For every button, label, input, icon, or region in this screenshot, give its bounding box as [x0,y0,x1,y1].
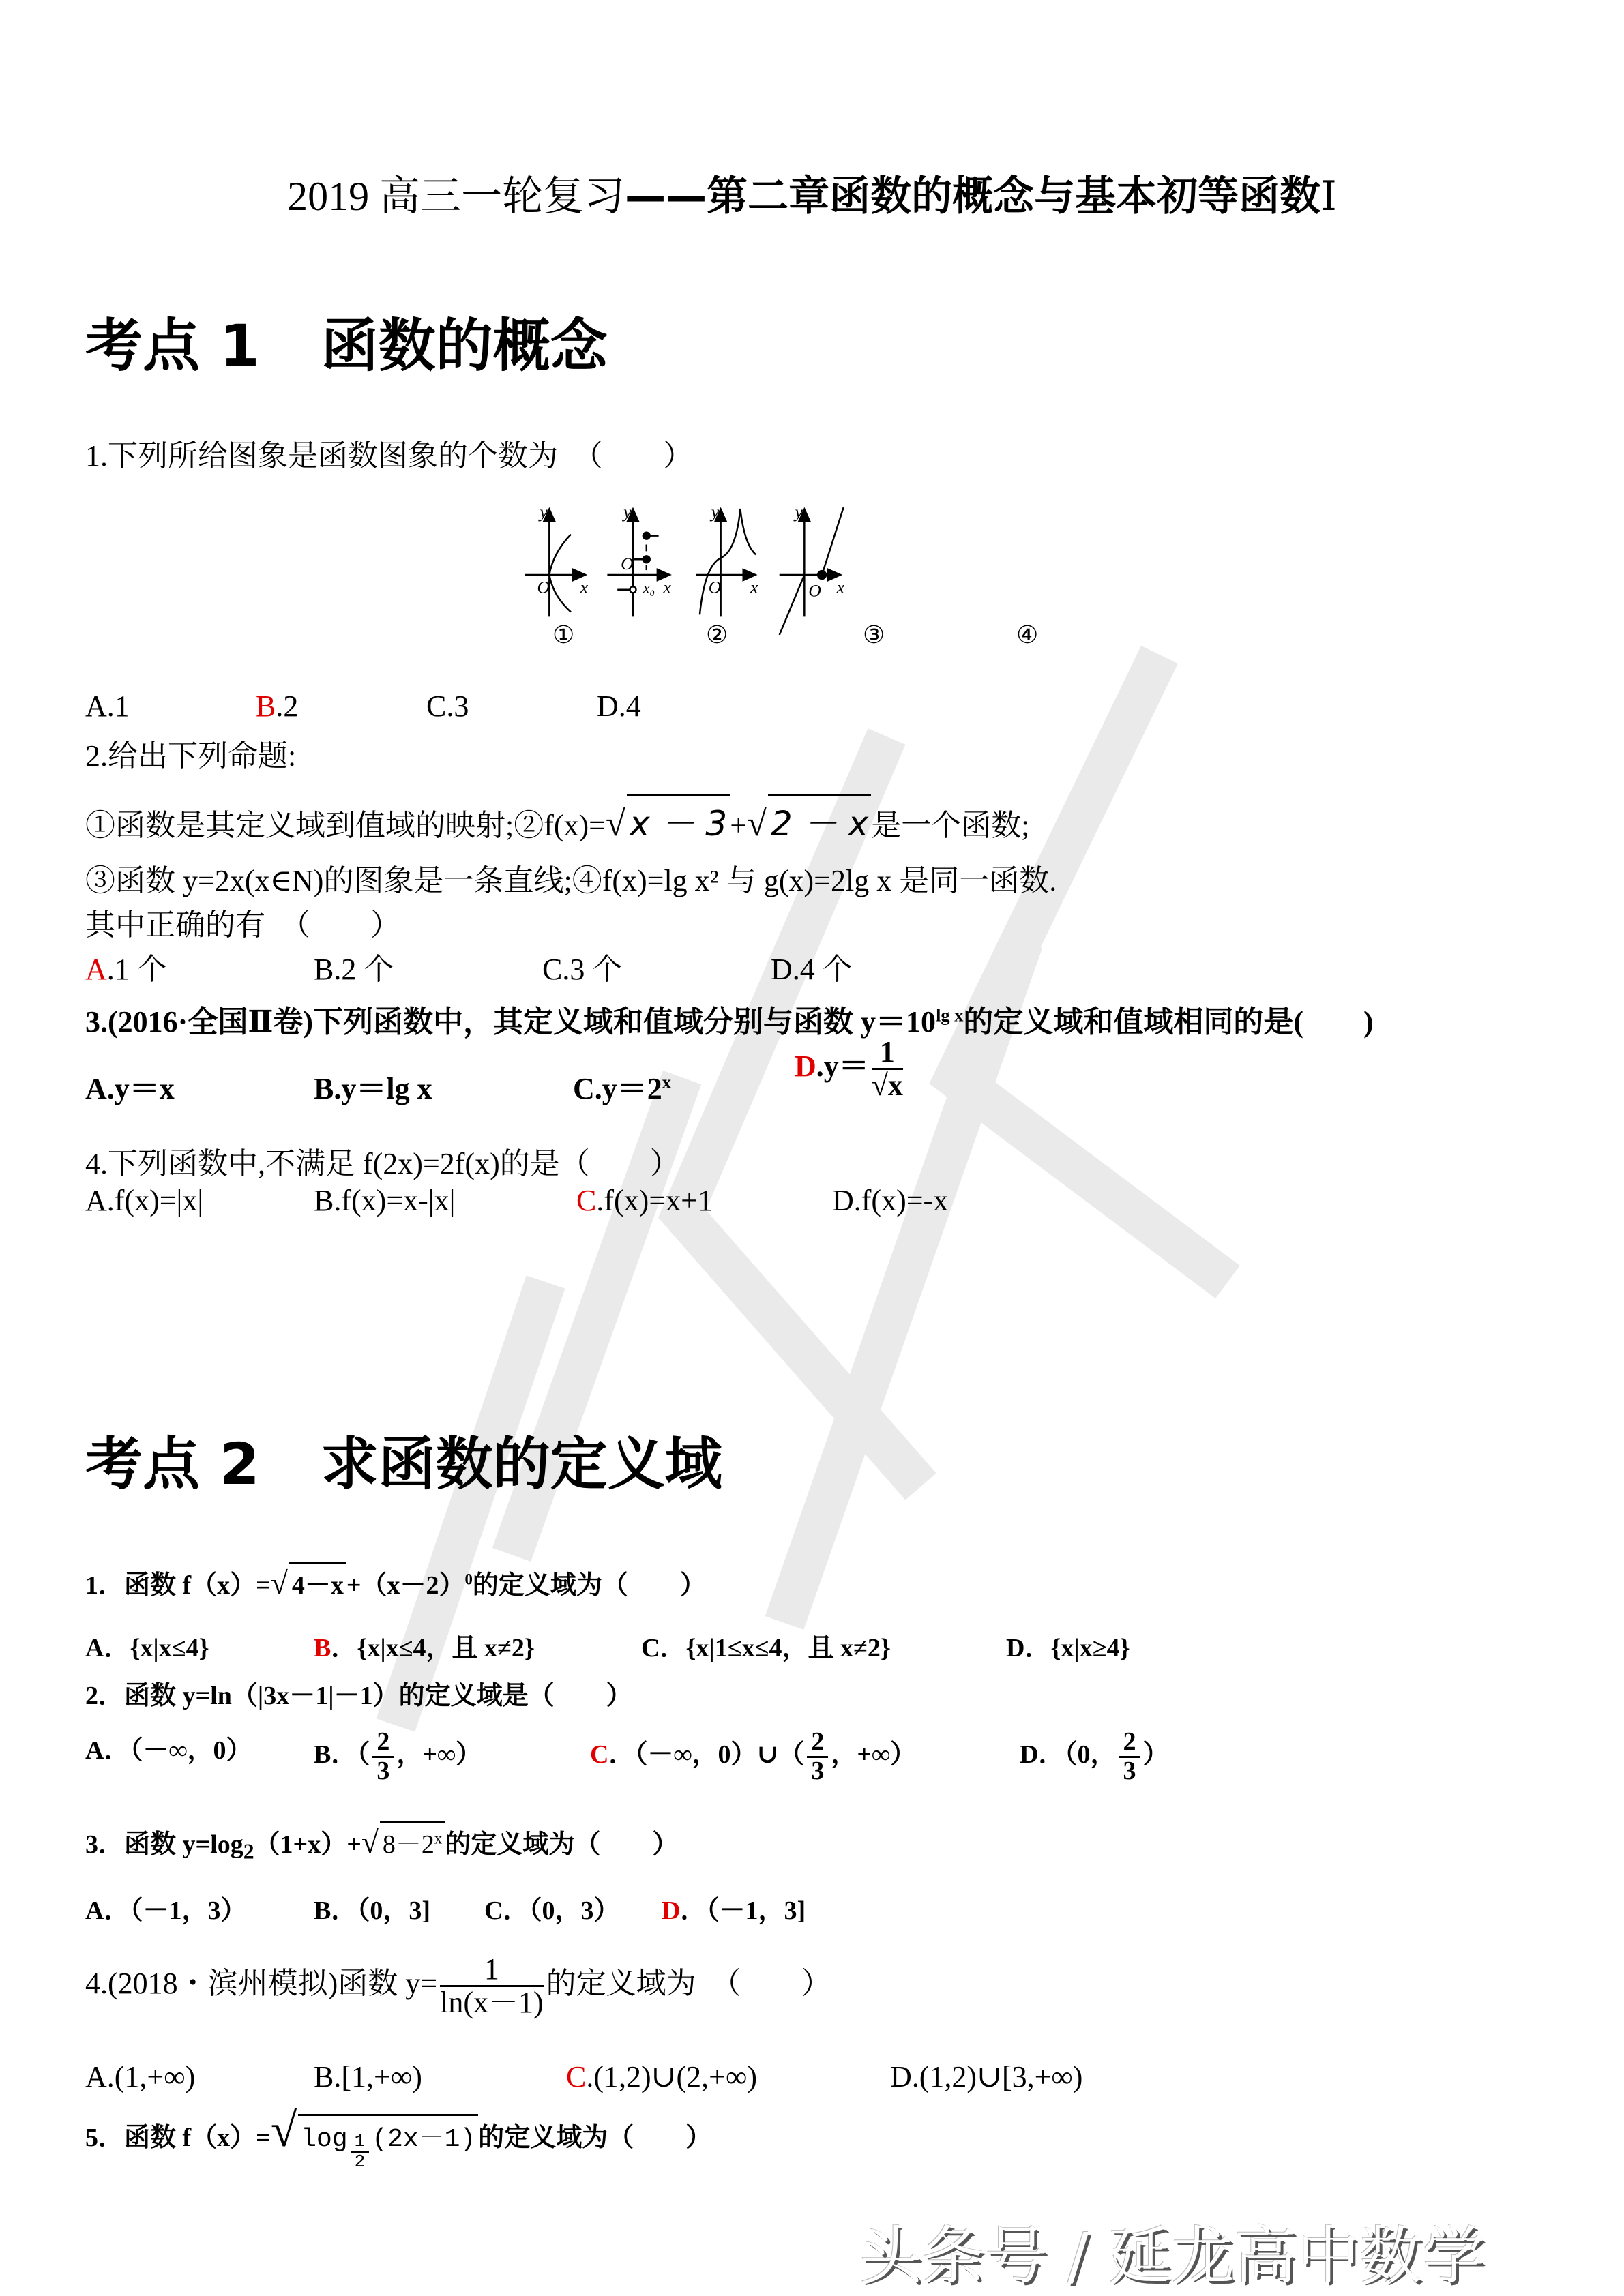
fraction: 12 [351,2132,370,2172]
option-a[interactable]: A.1 个 [85,944,167,988]
section-1-title: 函数的概念 [321,312,608,379]
section-2-heading: 考点 2求函数的定义域 [85,1418,722,1501]
sqrt-icon: √ [271,2104,297,2157]
svg-text:x: x [750,578,758,597]
option-b[interactable]: B．（23，+∞） [314,1729,482,1785]
svg-text:y: y [537,502,548,522]
fraction: 1√x [872,1037,903,1101]
option-a[interactable]: A．（－1，3） [85,1889,246,1926]
option-d[interactable]: D.y＝1√x [795,1037,906,1101]
option-d[interactable]: D.(1,2)∪[3,+∞) [890,2059,1082,2094]
section-2-number: 考点 2 [85,1431,260,1497]
graph-label-4: ④ [1016,621,1038,649]
option-c[interactable]: C.3 [426,689,469,724]
option-a[interactable]: A.1 [85,689,130,724]
svg-text:O: O [621,554,634,573]
option-a[interactable]: A．{x|x≤4} [85,1626,209,1664]
option-b[interactable]: B．{x|x≤4，且 x≠2} [314,1626,535,1664]
answer-marker: A [85,953,107,986]
answer-marker: B [256,689,276,723]
option-b[interactable]: B.f(x)=x-|x| [314,1183,455,1218]
option-a[interactable]: A．（－∞，0） [85,1729,252,1766]
s2-q4-stem: 4.(2018・滨州模拟)函数 y=1ln(x－1)的定义域为 （ ） [85,1954,831,2018]
option-b[interactable]: B.2 [256,689,298,724]
graph-4: O x y [780,502,845,635]
option-b[interactable]: B.y＝lg x [314,1064,432,1107]
option-c[interactable]: C.f(x)=x+1 [576,1183,713,1218]
title-main: ——第二章函数的概念与基本初等函数 [625,173,1320,220]
option-d[interactable]: D．（0，23） [1020,1729,1168,1785]
graph-1: O x y [525,502,589,616]
s1-q2-proposition-line-2: ③函数 y=2x(x∈N)的图象是一条直线;④f(x)=lg x² 与 g(x)… [85,856,1057,899]
s1-q2-stem: 2.给出下列命题: [85,731,296,775]
fraction: 1ln(x－1) [440,1954,544,2018]
sqrt-icon: √ [361,1825,379,1860]
answer-marker: D [662,1896,680,1925]
answer-marker: D [795,1049,816,1083]
option-c[interactable]: C.(1,2)∪(2,+∞) [566,2059,757,2094]
option-c[interactable]: C.3 个 [542,944,622,988]
svg-text:x: x [580,578,589,597]
option-d[interactable]: D.4 个 [771,944,853,988]
s2-q3-stem: 3．函数 y=log2（1+x）+√8－2x的定义域为（ ） [85,1821,678,1864]
svg-text:x: x [836,578,845,597]
watermark-text: 头条号 / 延龙高中数学 [859,2206,1486,2296]
option-c[interactable]: C．（－∞，0）∪（23，+∞） [590,1729,916,1785]
s1-q2-proposition-line-1: ①函数是其定义域到值域的映射;②f(x)=√x － 3+√2 － x是一个函数; [85,794,1029,846]
section-1-number: 考点 1 [85,312,260,379]
option-a[interactable]: A.y＝x [85,1064,175,1107]
svg-text:y: y [621,502,632,522]
option-d[interactable]: D.f(x)=-x [832,1183,948,1218]
graph-3: O x y [696,502,758,616]
s1-q2-prompt: 其中正确的有 （ ） [85,900,400,944]
option-d[interactable]: D.4 [597,689,641,724]
answer-marker: C [566,2060,586,2093]
svg-text:y: y [793,502,803,522]
svg-text:x₀: x₀ [643,580,655,597]
option-a[interactable]: A.(1,+∞) [85,2059,195,2094]
answer-marker: C [590,1740,608,1769]
s1-q4-stem: 4.下列函数中,不满足 f(2x)=2f(x)的是（ ） [85,1139,680,1182]
svg-text:O: O [808,581,821,601]
graph-label-2: ② [706,621,728,649]
sqrt-icon: √ [606,804,625,844]
s1-q1-stem: 1.下列所给图象是函数图象的个数为 （ ） [85,431,693,475]
svg-text:O: O [709,578,722,597]
fraction: 23 [1119,1729,1140,1785]
svg-text:y: y [709,502,720,522]
svg-text:O: O [537,578,550,597]
s1-q3-stem: 3.(2016·全国Ⅱ卷)下列函数中，其定义域和值域分别与函数 y＝10lg x… [85,997,1374,1041]
title-prefix: 2019 高三一轮复习 [287,174,625,219]
graph-label-3: ③ [863,621,885,649]
fraction: 23 [372,1729,394,1785]
option-d[interactable]: D．（－1，3] [662,1889,806,1926]
option-c[interactable]: C．（0，3） [484,1889,619,1926]
function-graphs-figure: O x y O x₀ x y O x y [505,491,1146,661]
s2-q5-stem: 5．函数 f（x）=√log12(2x－1)的定义域为（ ） [85,2104,711,2171]
title-suffix: Ⅰ [1320,174,1337,219]
fraction: 23 [807,1729,828,1785]
graph-2: O x₀ x y [607,502,671,616]
sqrt-icon: √ [271,1566,288,1600]
graph-label-1: ① [552,621,574,649]
answer-marker: B [314,1634,331,1663]
option-c[interactable]: C．{x|1≤x≤4，且 x≠2} [641,1626,891,1664]
section-2-title: 求函数的定义域 [321,1431,722,1497]
option-b[interactable]: B.[1,+∞) [314,2059,422,2094]
option-b[interactable]: B．（0，3] [314,1889,430,1926]
sqrt-icon: √ [747,804,767,844]
s2-q2-stem: 2．函数 y=ln（|3x－1|－1）的定义域是（ ） [85,1674,632,1712]
option-c[interactable]: C.y＝2x [573,1064,671,1107]
answer-marker: C [576,1184,596,1217]
option-b[interactable]: B.2 个 [314,944,394,988]
svg-text:x: x [663,578,672,597]
document-title: 2019 高三一轮复习——第二章函数的概念与基本初等函数Ⅰ [0,164,1624,222]
option-d[interactable]: D．{x|x≥4} [1006,1626,1130,1664]
section-1-heading: 考点 1函数的概念 [85,300,608,383]
s2-q1-stem: 1．函数 f（x）=√4－x+（x－2）0的定义域为（ ） [85,1562,706,1601]
option-a[interactable]: A.f(x)=|x| [85,1183,203,1218]
